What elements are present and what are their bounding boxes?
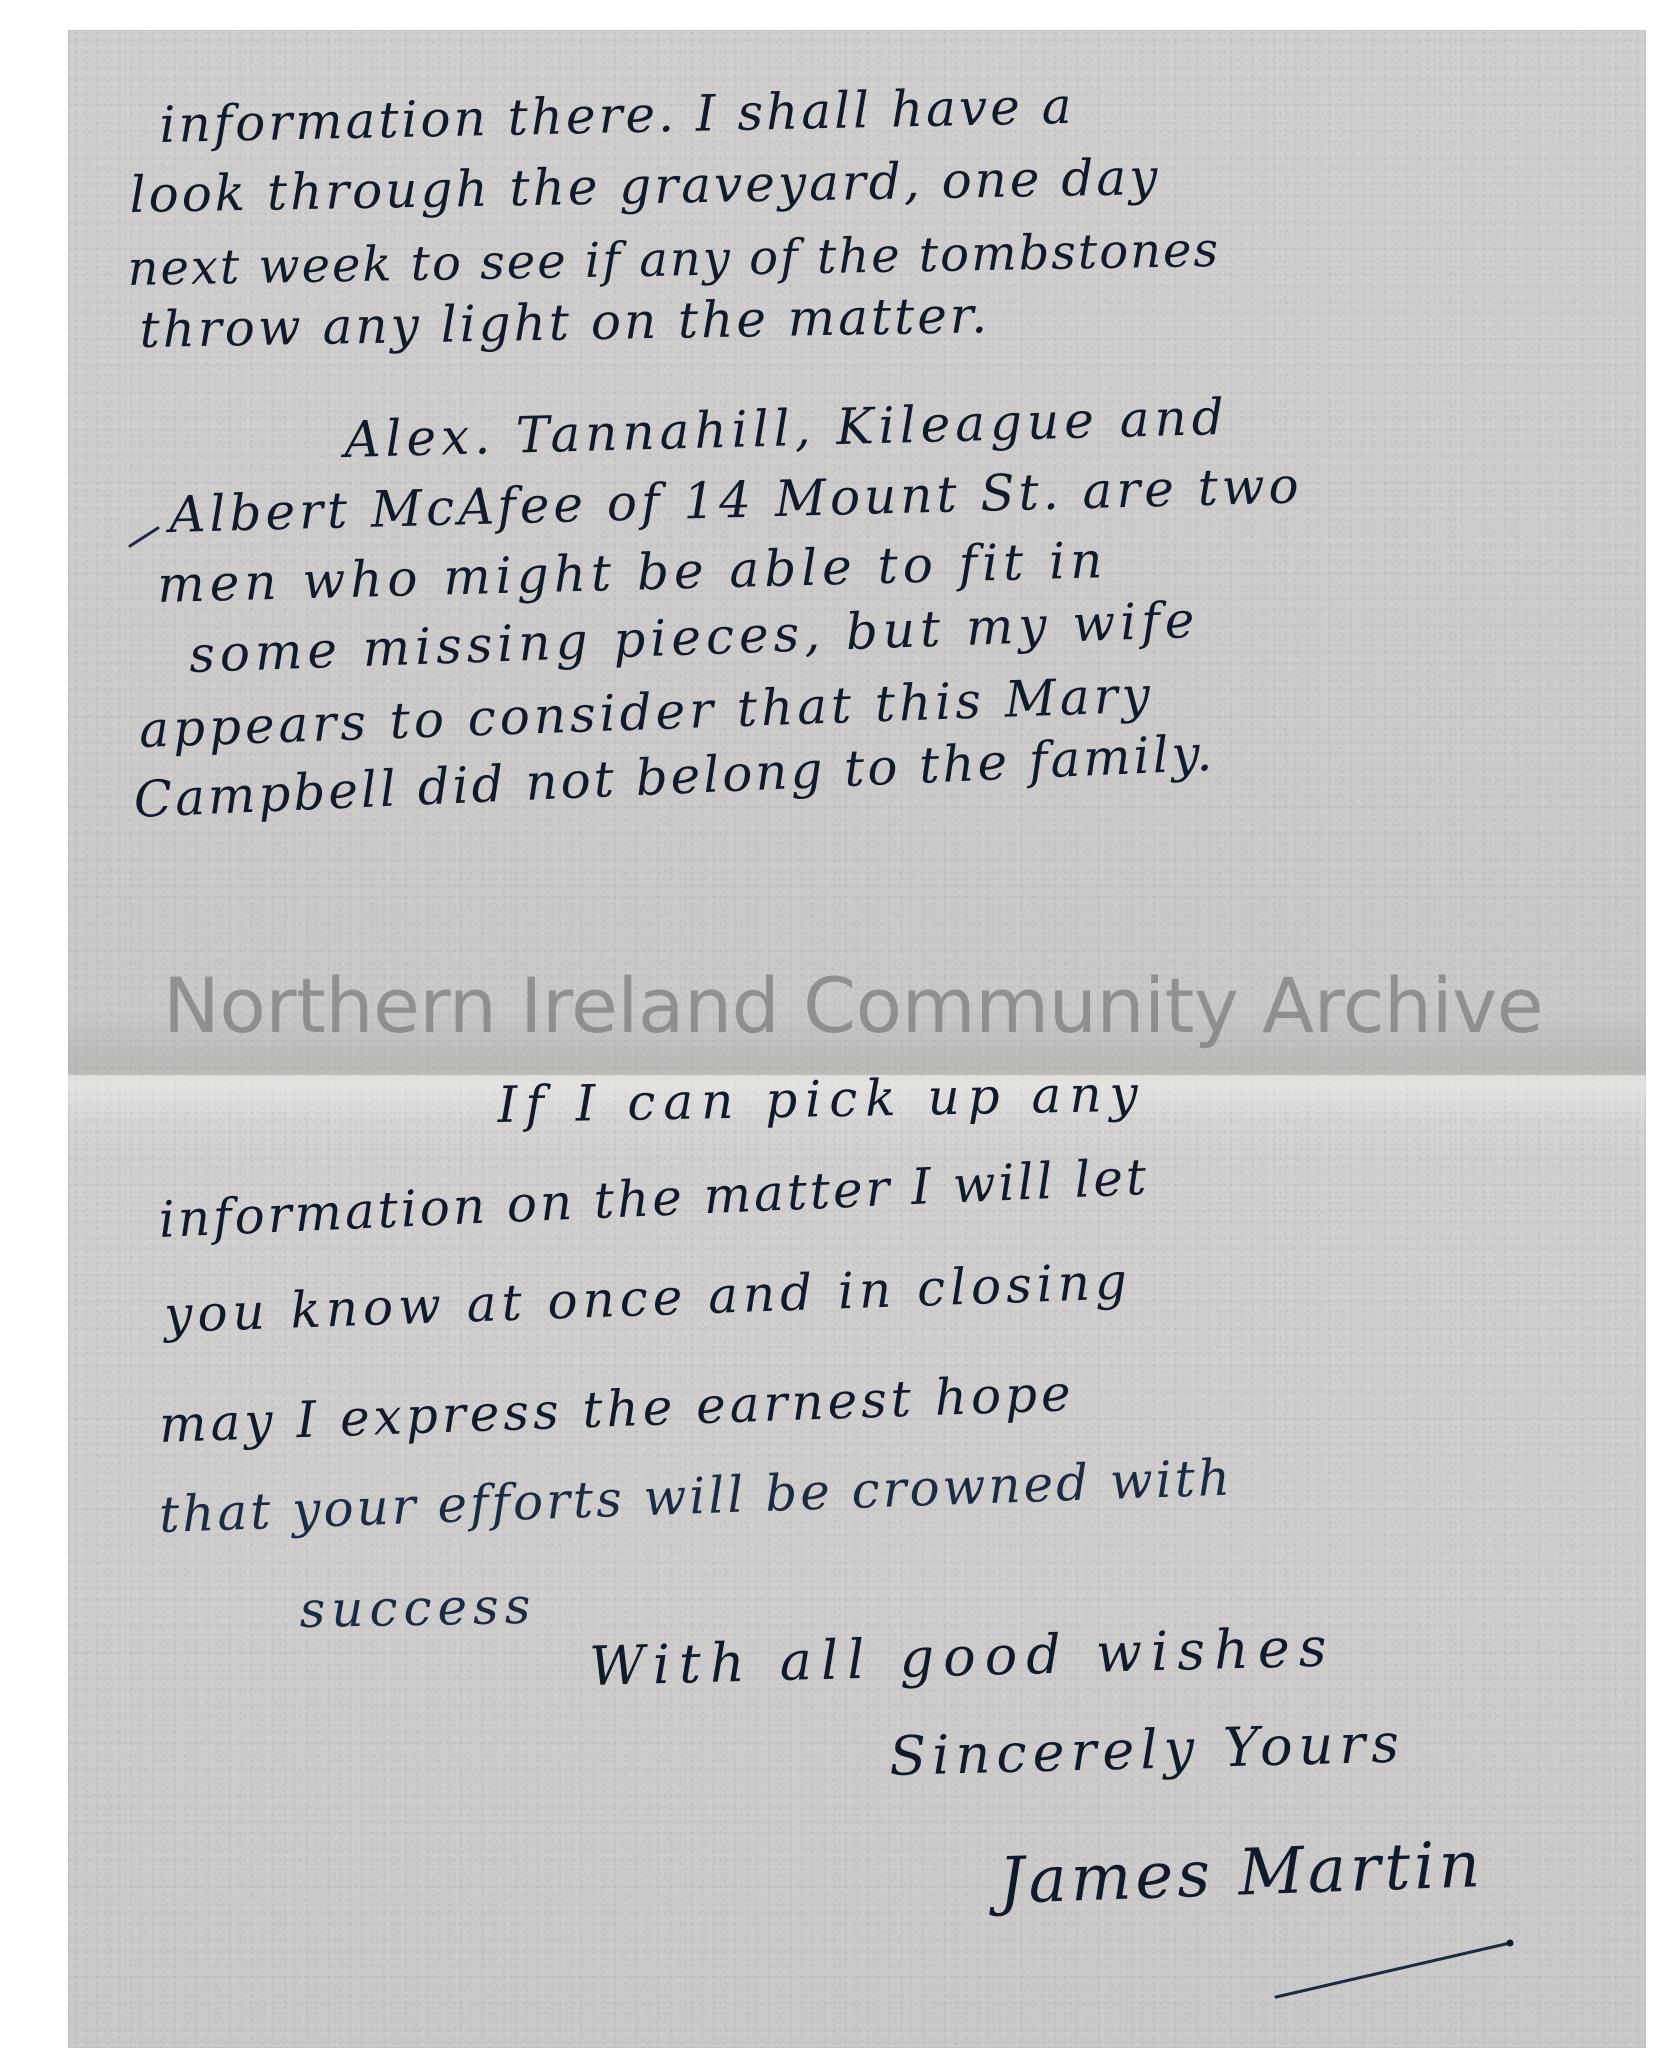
pen-stroke-mark xyxy=(128,520,168,550)
signature-underline-flourish xyxy=(1270,1935,1570,2005)
signature: James Martin xyxy=(998,1833,1485,1914)
complimentary-close: Sincerely Yours xyxy=(889,1717,1406,1784)
letter-line: success xyxy=(299,1581,537,1635)
letter-line: throw any light on the matter. xyxy=(139,290,990,355)
fold-shadow xyxy=(68,1015,1646,1073)
letter-line: If I can pick up any xyxy=(497,1069,1146,1130)
